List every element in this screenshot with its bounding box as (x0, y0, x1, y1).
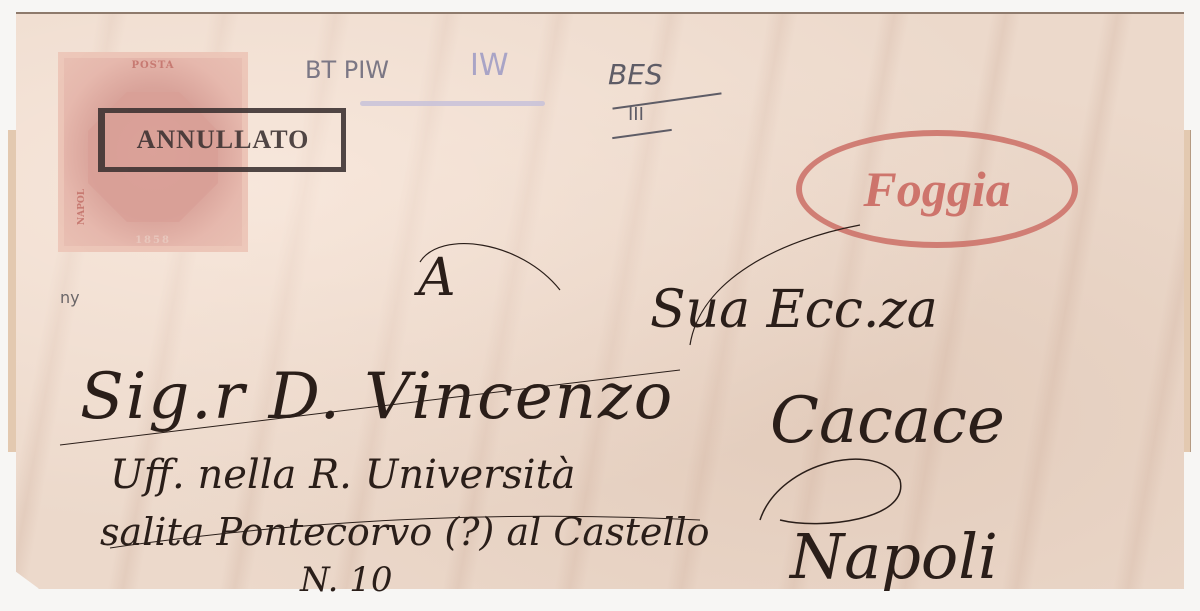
pencil-note-bes-sub: III (628, 104, 644, 125)
pencil-note-2: IW (470, 48, 509, 83)
foggia-town-postmark: Foggia (796, 130, 1078, 248)
pencil-note-1: BT PIW (305, 56, 389, 84)
address-office-line: Uff. nella R. Università (110, 452, 576, 498)
stamp-bottom-text: 1858 (58, 235, 248, 246)
pencil-note-bes: BES (608, 58, 663, 91)
address-honorific: Sua Ecc.za (650, 280, 938, 340)
address-surname: Cacace (770, 384, 1005, 458)
address-city: Napoli (790, 520, 998, 593)
address-street-line: salita Pontecorvo (?) al Castello (100, 510, 710, 554)
blue-pencil-underline (360, 101, 545, 106)
annullato-cancel-handstamp: ANNULLATO (98, 108, 346, 172)
stamp-top-text: POSTA (58, 60, 248, 71)
address-extra-line: N. 10 (300, 560, 392, 600)
pencil-note-corner: ny (60, 288, 80, 307)
stamp-side-text: NAPOL (77, 189, 87, 225)
address-salutation: A (418, 248, 456, 308)
address-name: Sig.r D. Vincenzo (80, 360, 674, 434)
